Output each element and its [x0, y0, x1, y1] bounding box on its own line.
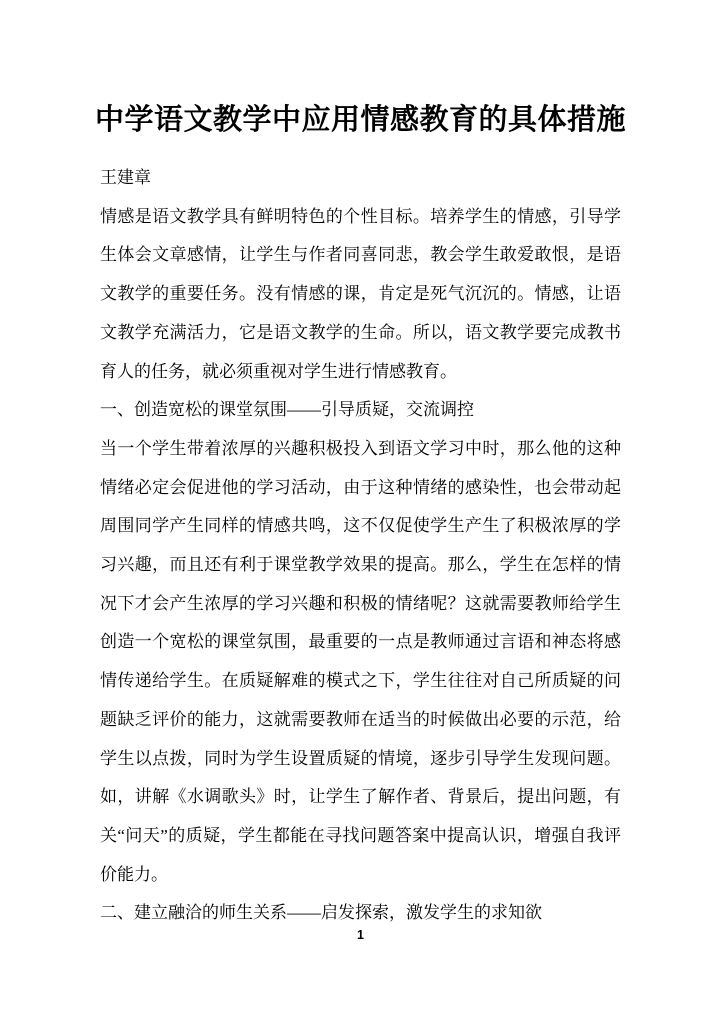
paragraph-section-1: 当一个学生带着浓厚的兴趣积极投入到语文学习中时，那么他的这种情绪必定会促进他的学…: [100, 430, 621, 894]
author-line: 王建章: [100, 159, 621, 198]
document-body: 王建章 情感是语文教学具有鲜明特色的个性目标。培养学生的情感，引导学生体会文章感…: [100, 159, 621, 933]
section-heading-1: 一、创造宽松的课堂氛围——引导质疑，交流调控: [100, 391, 621, 430]
paragraph-intro: 情感是语文教学具有鲜明特色的个性目标。培养学生的情感，引导学生体会文章感情，让学…: [100, 198, 621, 392]
document-title: 中学语文教学中应用情感教育的具体措施: [50, 103, 671, 138]
document-page: 中学语文教学中应用情感教育的具体措施 王建章 情感是语文教学具有鲜明特色的个性目…: [0, 0, 721, 1020]
page-number: 1: [0, 928, 721, 942]
